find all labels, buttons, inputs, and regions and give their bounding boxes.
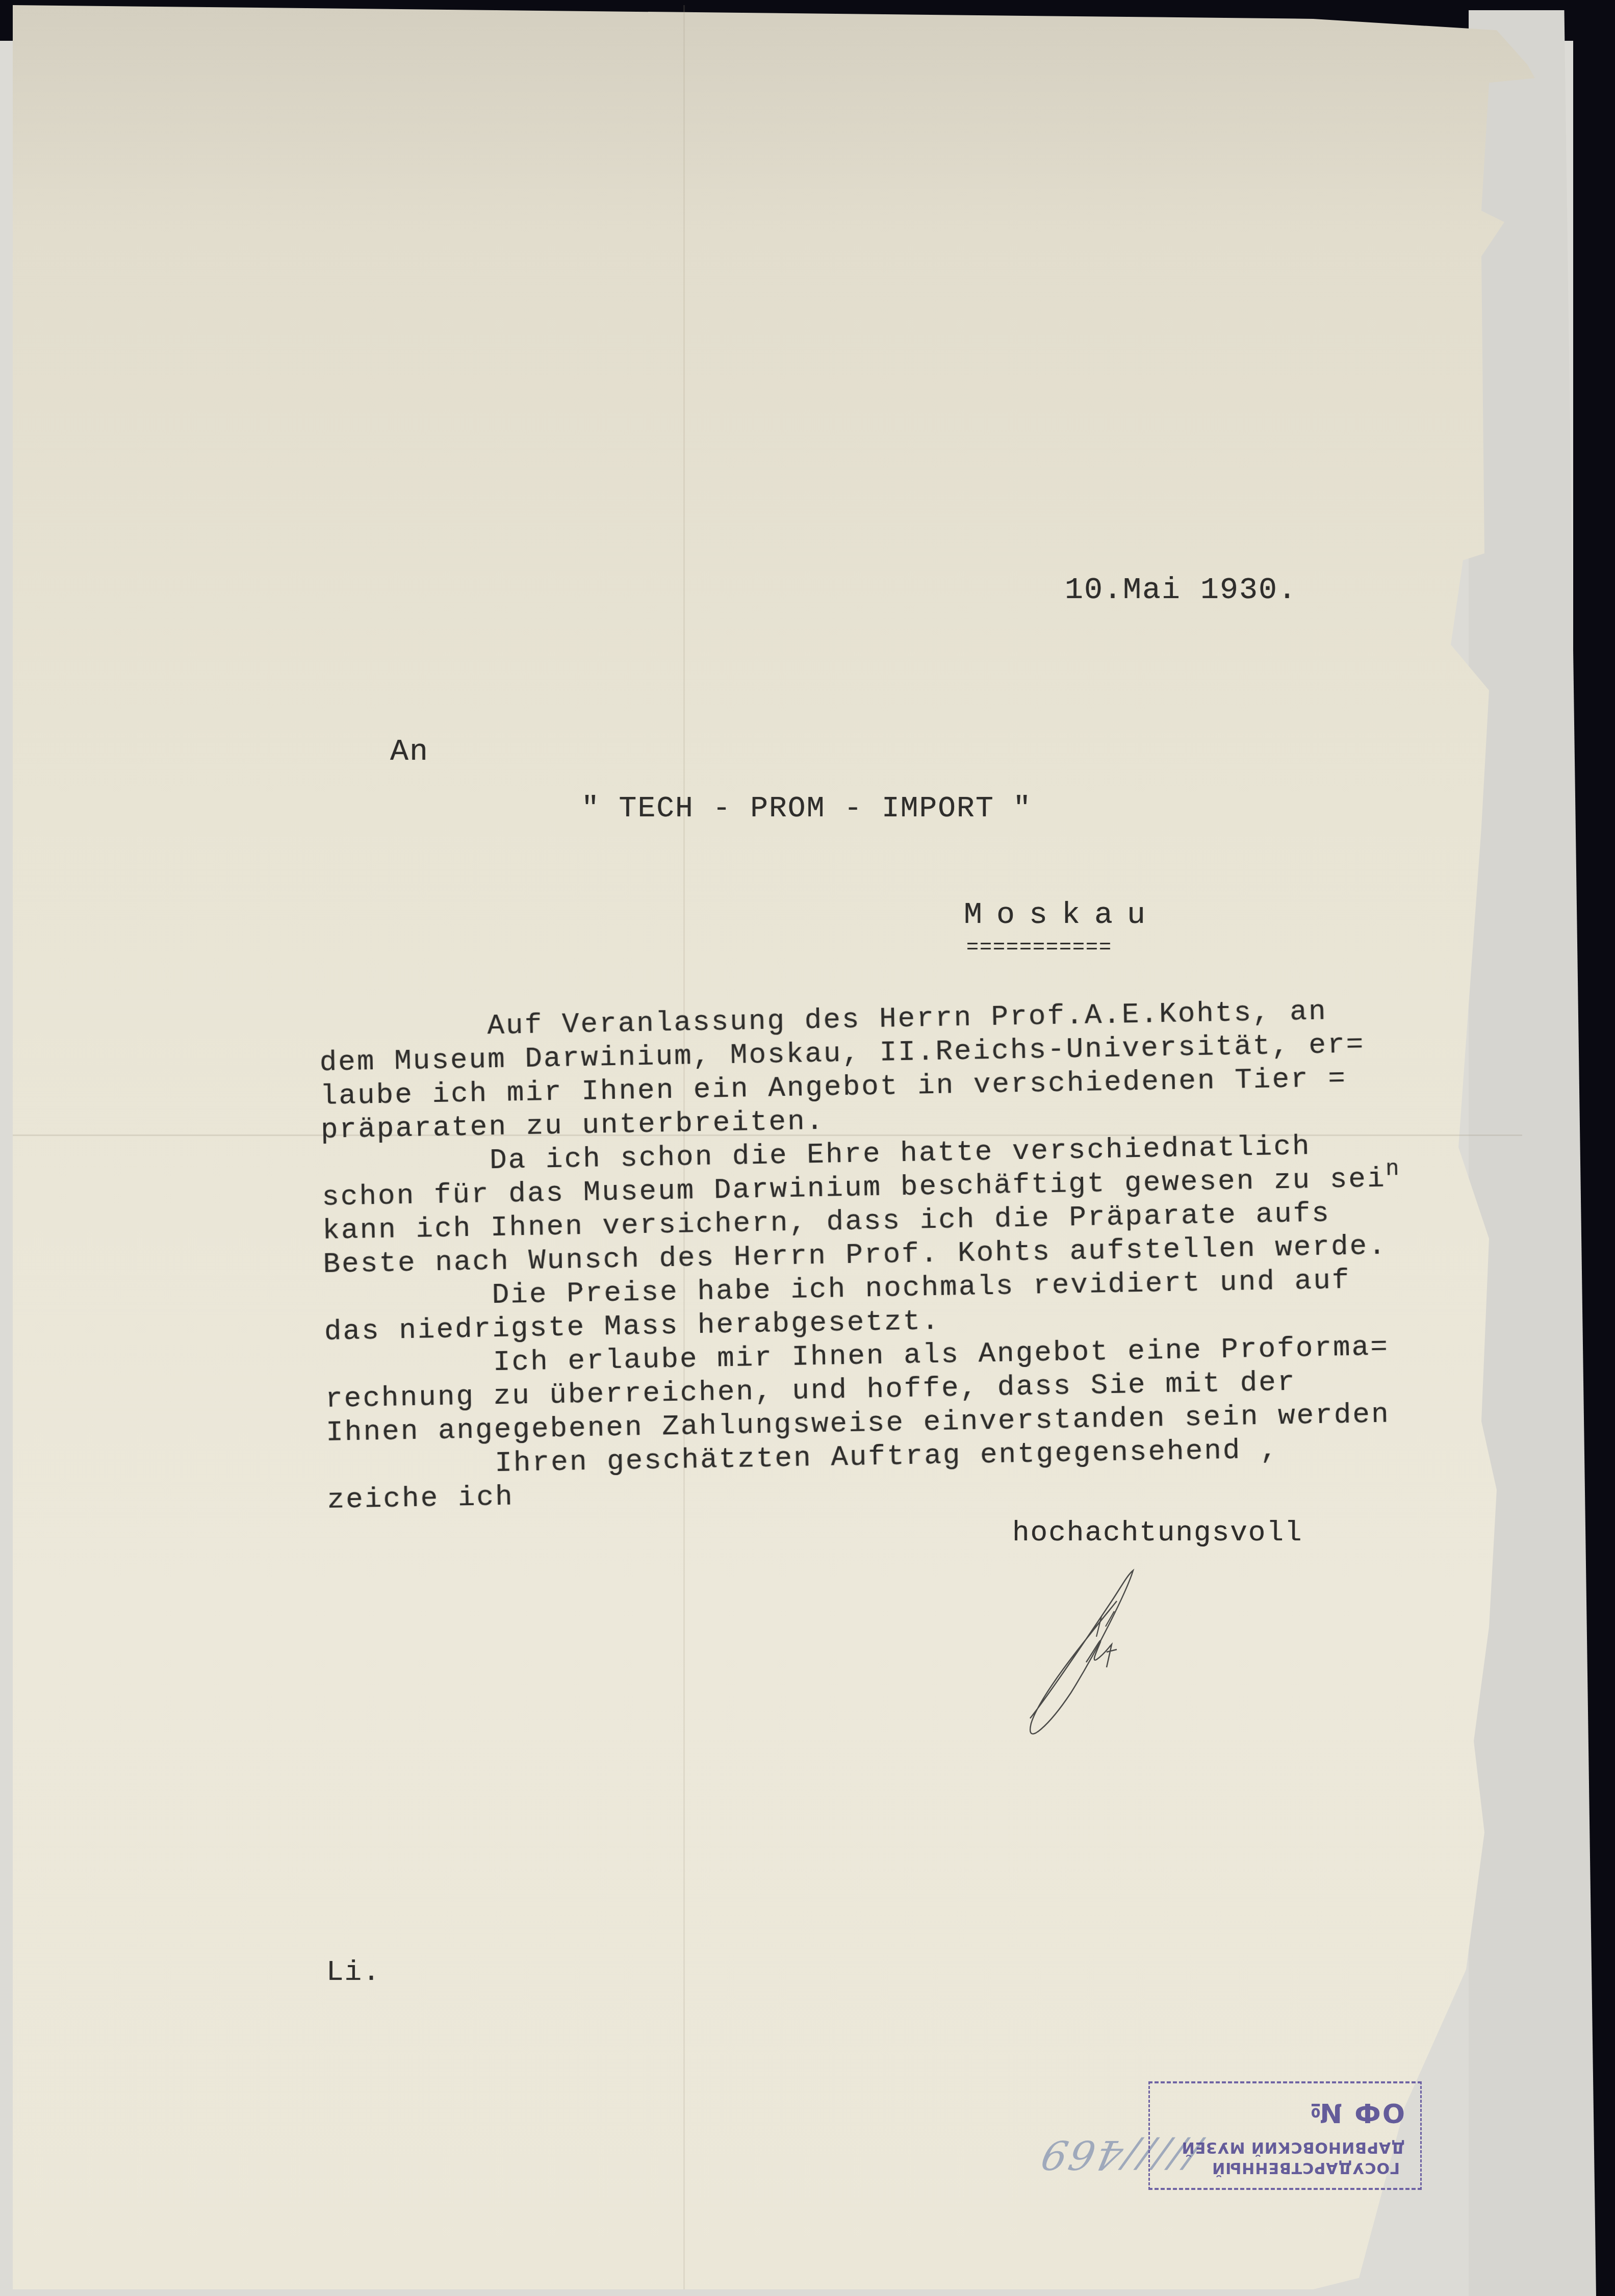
superscript-correction: n <box>1386 1156 1401 1182</box>
address-prefix: An <box>390 737 429 767</box>
letter-date: 10.Mai 1930. <box>1065 575 1297 606</box>
recipient-name: " TECH - PROM - IMPORT " <box>581 794 1032 824</box>
signature-icon <box>1020 1550 1203 1744</box>
closing-phrase: hochachtungsvoll <box>1012 1518 1303 1547</box>
city-underline: =========== <box>966 938 1112 959</box>
letter-body: Auf Veranlassung des Herrn Prof.A.E.Koht… <box>319 993 1406 1517</box>
mount-board-edge <box>1469 10 1596 2296</box>
stamp-line: ОФ № <box>1160 2097 1405 2128</box>
recipient-city: Moskau <box>964 900 1160 931</box>
stamp-line: ГОСУДАРСТВЕННЫЙ <box>1160 2159 1400 2177</box>
typist-initials: Li. <box>326 1958 381 1987</box>
museum-stamp: ГОСУДАРСТВЕННЫЙ ДАРВИНОВСКИЙ МУЗЕЙ ОФ № <box>1148 2081 1422 2190</box>
stamp-line: ДАРВИНОВСКИЙ МУЗЕЙ <box>1160 2138 1405 2156</box>
